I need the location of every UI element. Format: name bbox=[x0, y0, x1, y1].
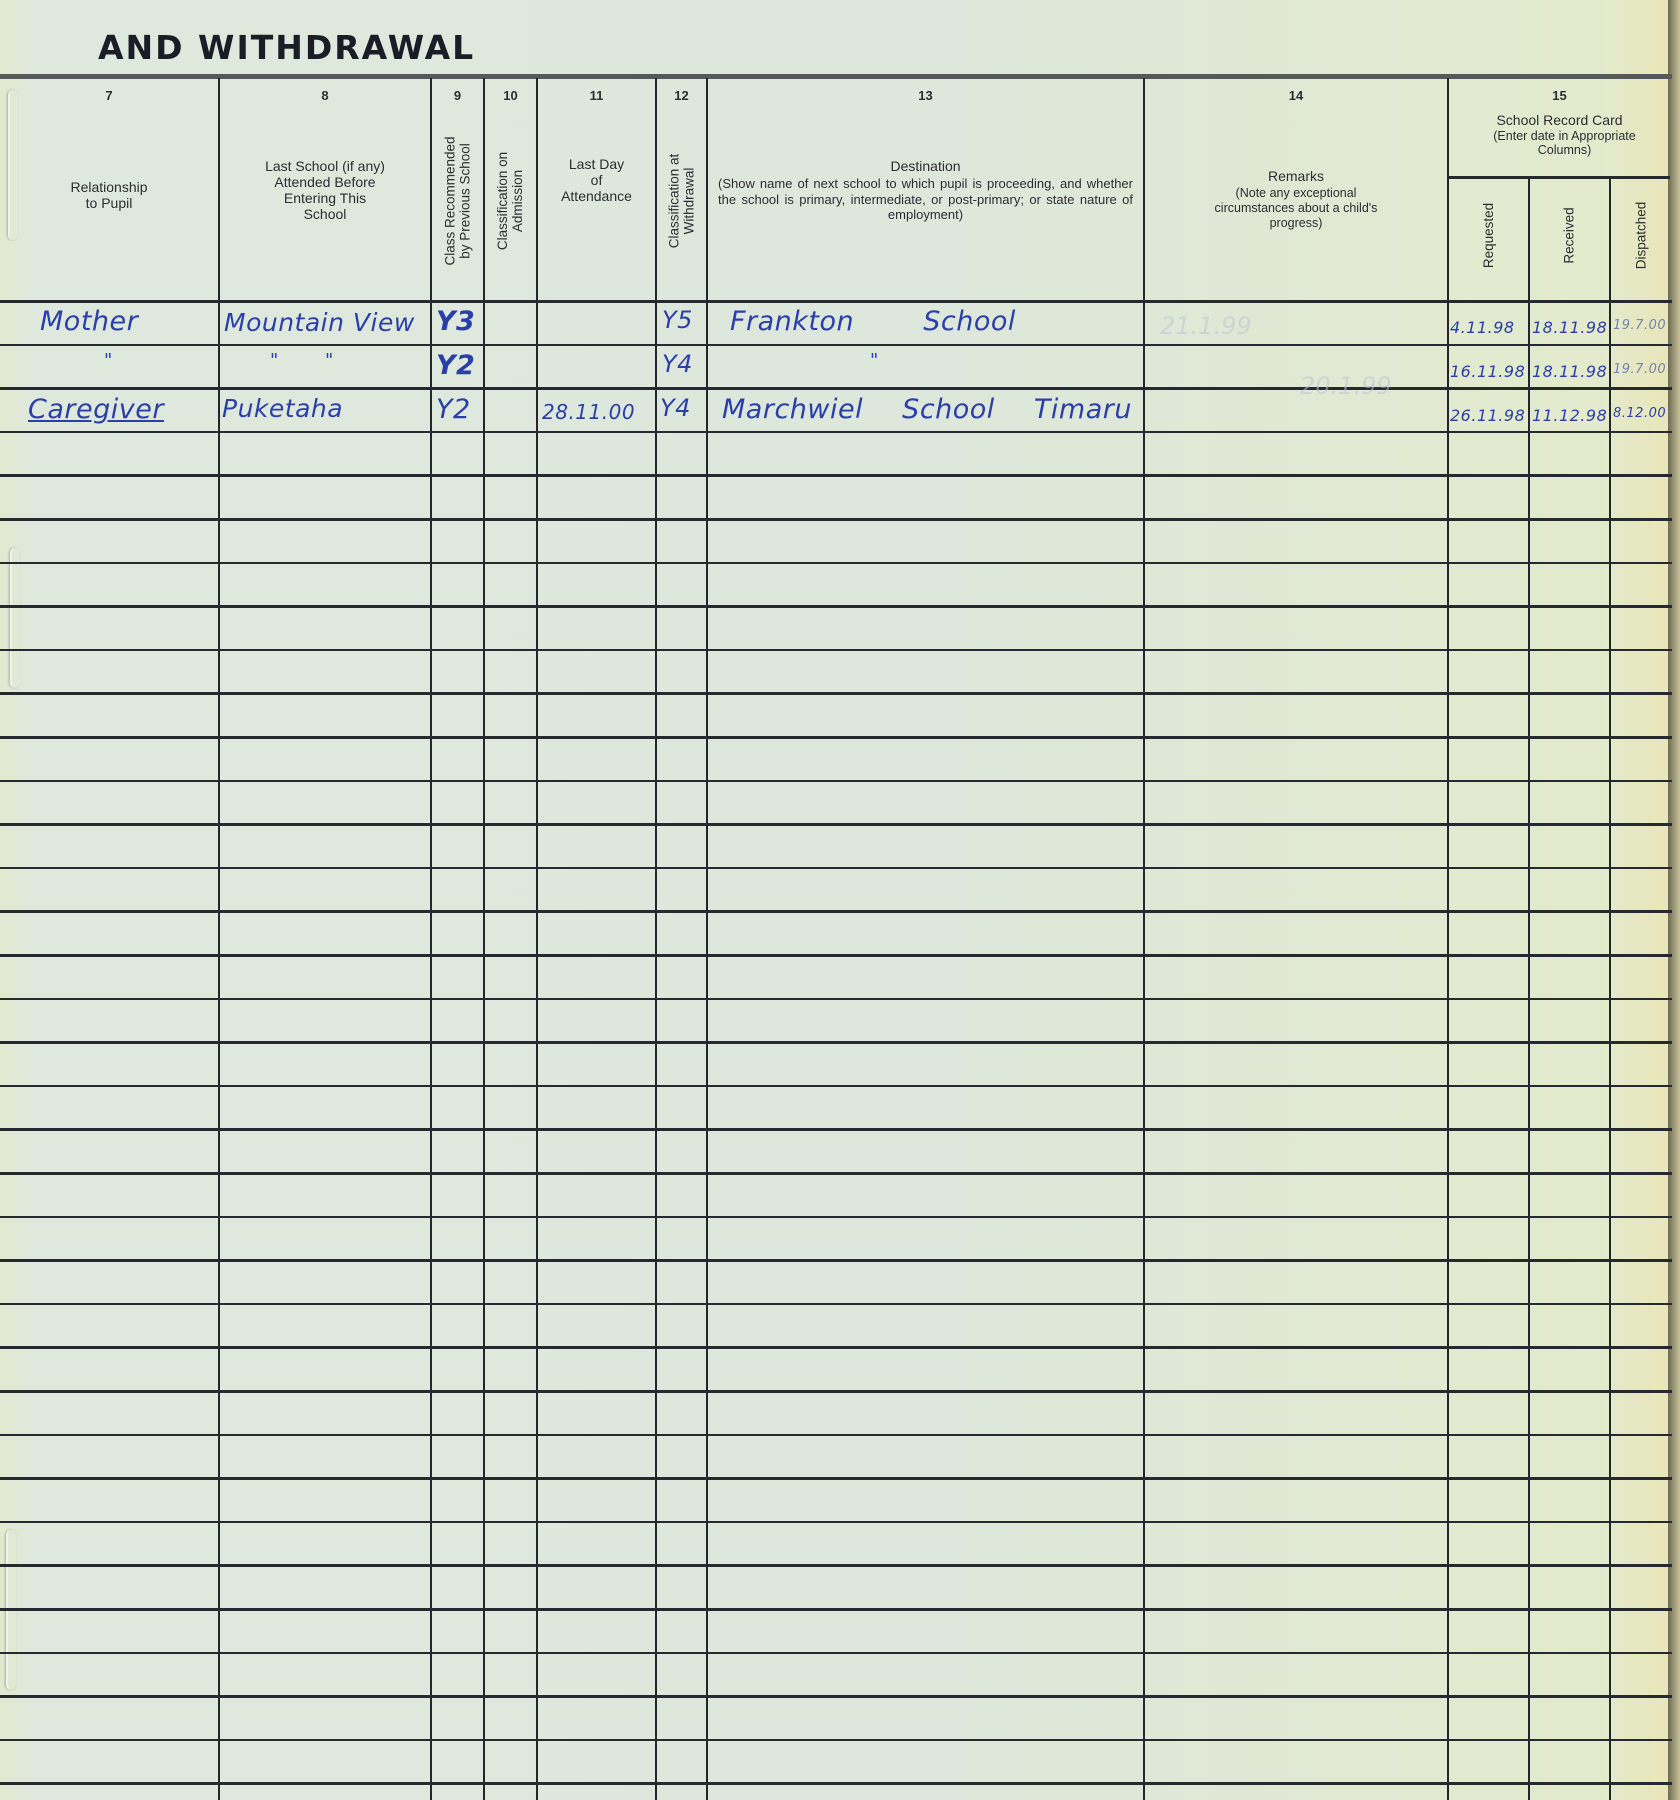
header-col-13: 13 Destination (Show name of next school… bbox=[708, 80, 1143, 300]
column-divider bbox=[1143, 78, 1145, 1800]
header-col-11: 11 Last Day of Attendance bbox=[538, 80, 655, 300]
header-col-8: 8 Last School (if any) Attended Before E… bbox=[220, 80, 430, 300]
relationship-cell[interactable]: " bbox=[104, 350, 113, 371]
column-divider bbox=[1528, 176, 1530, 1800]
row-rule bbox=[0, 1085, 1672, 1088]
header-relationship-label: Relationship to Pupil bbox=[4, 90, 214, 300]
row-rule bbox=[0, 867, 1672, 870]
header-col-15: 15 School Record Card (Enter date in App… bbox=[1449, 80, 1670, 176]
header-col-12: 12 Classification at Withdrawal bbox=[657, 80, 706, 300]
header-col-7: 7 Relationship to Pupil bbox=[0, 80, 218, 300]
row-rule bbox=[0, 387, 1672, 390]
destination-cell[interactable]: Marchwiel School Timaru bbox=[722, 394, 1132, 425]
column-divider bbox=[706, 78, 708, 1800]
row-rule bbox=[0, 1564, 1672, 1567]
header-col-14: 14 Remarks (Note any exceptional circums… bbox=[1145, 80, 1447, 300]
row-rule bbox=[0, 605, 1672, 608]
header-requested: Requested bbox=[1449, 178, 1528, 300]
column-divider bbox=[536, 78, 538, 1800]
row-rule bbox=[0, 474, 1672, 477]
row-rule bbox=[0, 1434, 1672, 1437]
header-received: Received bbox=[1530, 178, 1609, 300]
row-rule bbox=[0, 1477, 1672, 1480]
record-requested-cell[interactable]: 4.11.98 bbox=[1450, 318, 1515, 337]
record-received-cell[interactable]: 18.11.98 bbox=[1532, 318, 1607, 337]
header-last-day-label: Last Day of Attendance bbox=[542, 60, 651, 300]
last-school-cell[interactable]: Mountain View bbox=[224, 308, 415, 337]
last-day-cell[interactable]: 28.11.00 bbox=[542, 400, 635, 424]
header-destination-note: (Show name of next school to which pupil… bbox=[708, 176, 1143, 223]
row-rule bbox=[0, 692, 1672, 695]
last-school-cell[interactable]: Puketaha bbox=[222, 394, 343, 423]
relationship-cell[interactable]: Caregiver bbox=[28, 394, 164, 425]
row-rule bbox=[0, 1695, 1672, 1698]
row-rule bbox=[0, 954, 1672, 957]
row-rule bbox=[0, 736, 1672, 739]
header-classification-withdrawal-label: Classification at Withdrawal bbox=[667, 154, 697, 249]
bleed-through-text: 20.1.99 bbox=[1300, 372, 1392, 400]
class-recommended-cell[interactable]: Y3 bbox=[436, 306, 475, 337]
row-rule bbox=[0, 1041, 1672, 1044]
row-rule bbox=[0, 1739, 1672, 1742]
page-title: AND WITHDRAWAL bbox=[98, 28, 475, 67]
row-rule bbox=[0, 1346, 1672, 1349]
header-destination-label: Destination bbox=[708, 158, 1143, 174]
record-requested-cell[interactable]: 26.11.98 bbox=[1450, 406, 1525, 425]
row-rule bbox=[0, 823, 1672, 826]
row-rule bbox=[0, 780, 1672, 783]
row-rule bbox=[0, 1303, 1672, 1306]
record-dispatched-cell[interactable]: 8.12.00 bbox=[1613, 406, 1666, 421]
destination-cell[interactable]: " bbox=[870, 350, 879, 371]
header-remarks-label: Remarks bbox=[1145, 168, 1447, 184]
column-divider bbox=[218, 78, 220, 1800]
header-record-card-note: (Enter date in Appropriate Columns) bbox=[1474, 129, 1655, 157]
relationship-cell[interactable]: Mother bbox=[40, 306, 138, 337]
header-remarks-note: (Note any exceptional circumstances abou… bbox=[1200, 186, 1392, 231]
record-dispatched-cell[interactable]: 19.7.00 bbox=[1613, 362, 1666, 377]
row-rule bbox=[0, 1652, 1672, 1655]
header-last-school-label: Last School (if any) Attended Before Ent… bbox=[224, 80, 426, 300]
row-rule bbox=[0, 1782, 1672, 1785]
header-class-recommended-label: Class Recommended by Previous School bbox=[443, 136, 473, 265]
record-received-cell[interactable]: 18.11.98 bbox=[1532, 362, 1607, 381]
row-rule bbox=[0, 1390, 1672, 1393]
class-recommended-cell[interactable]: Y2 bbox=[436, 350, 475, 381]
classification-withdrawal-cell[interactable]: Y4 bbox=[660, 394, 691, 422]
row-rule bbox=[0, 1128, 1672, 1131]
row-rule bbox=[0, 562, 1672, 565]
row-rule bbox=[0, 518, 1672, 521]
column-divider bbox=[1609, 176, 1611, 1800]
record-dispatched-cell[interactable]: 19.7.00 bbox=[1613, 318, 1666, 333]
binding-staple bbox=[10, 548, 20, 688]
row-rule bbox=[0, 1216, 1672, 1219]
record-received-cell[interactable]: 11.12.98 bbox=[1532, 406, 1607, 425]
class-recommended-cell[interactable]: Y2 bbox=[436, 394, 471, 425]
row-rule bbox=[0, 1608, 1672, 1611]
column-divider bbox=[655, 78, 657, 1800]
column-divider bbox=[430, 78, 432, 1800]
header-top-rule bbox=[0, 74, 1672, 79]
bleed-through-text: 21.1.99 bbox=[1160, 312, 1252, 340]
record-requested-cell[interactable]: 16.11.98 bbox=[1450, 362, 1525, 381]
row-rule bbox=[0, 998, 1672, 1001]
row-rule bbox=[0, 1521, 1672, 1524]
column-divider bbox=[1447, 78, 1449, 1800]
header-record-card-label: School Record Card bbox=[1449, 112, 1670, 128]
last-school-cell[interactable]: " " bbox=[270, 350, 334, 371]
row-rule bbox=[0, 431, 1672, 434]
header-col-10: 10 Classification on Admission bbox=[485, 80, 536, 300]
destination-cell[interactable]: Frankton School bbox=[730, 306, 1016, 337]
row-rule bbox=[0, 344, 1672, 347]
header-col-9: 9 Class Recommended by Previous School bbox=[432, 80, 483, 300]
row-rule bbox=[0, 910, 1672, 913]
row-rule bbox=[0, 1259, 1672, 1262]
classification-withdrawal-cell[interactable]: Y4 bbox=[662, 350, 693, 378]
row-rule bbox=[0, 649, 1672, 652]
column-divider bbox=[483, 78, 485, 1800]
header-dispatched: Dispatched bbox=[1611, 178, 1670, 300]
row-rule bbox=[0, 300, 1672, 303]
header-classification-admission-label: Classification on Admission bbox=[496, 152, 526, 250]
row-rule bbox=[0, 1172, 1672, 1175]
classification-withdrawal-cell[interactable]: Y5 bbox=[662, 306, 693, 334]
